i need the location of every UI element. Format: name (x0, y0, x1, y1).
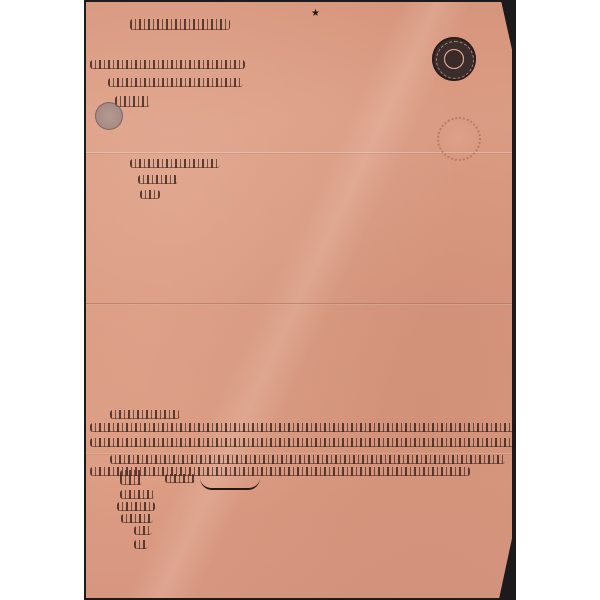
signature-line (134, 540, 148, 549)
handwritten-line (138, 175, 178, 184)
signature-line (117, 502, 155, 511)
signature-line (134, 526, 152, 535)
handwritten-line (108, 78, 243, 87)
seal-ring (436, 41, 474, 79)
embossed-stamp (437, 117, 481, 161)
signature-line (121, 514, 153, 523)
date-line (130, 19, 230, 30)
signature-date (165, 474, 195, 483)
handwritten-line (90, 60, 245, 69)
handwritten-line (110, 455, 505, 464)
handwritten-line (140, 190, 160, 199)
fold-line (86, 303, 512, 305)
signature-flourish (200, 478, 260, 490)
handwritten-line (130, 159, 220, 168)
handwritten-line (115, 96, 150, 107)
handwritten-line (90, 438, 515, 447)
handwritten-line (90, 423, 515, 432)
star-mark: ★ (311, 8, 320, 19)
handwritten-line (90, 467, 470, 476)
signature-line (120, 490, 154, 499)
ink-stamp (95, 102, 123, 130)
signature-mark (120, 470, 142, 485)
handwritten-line (110, 410, 180, 419)
